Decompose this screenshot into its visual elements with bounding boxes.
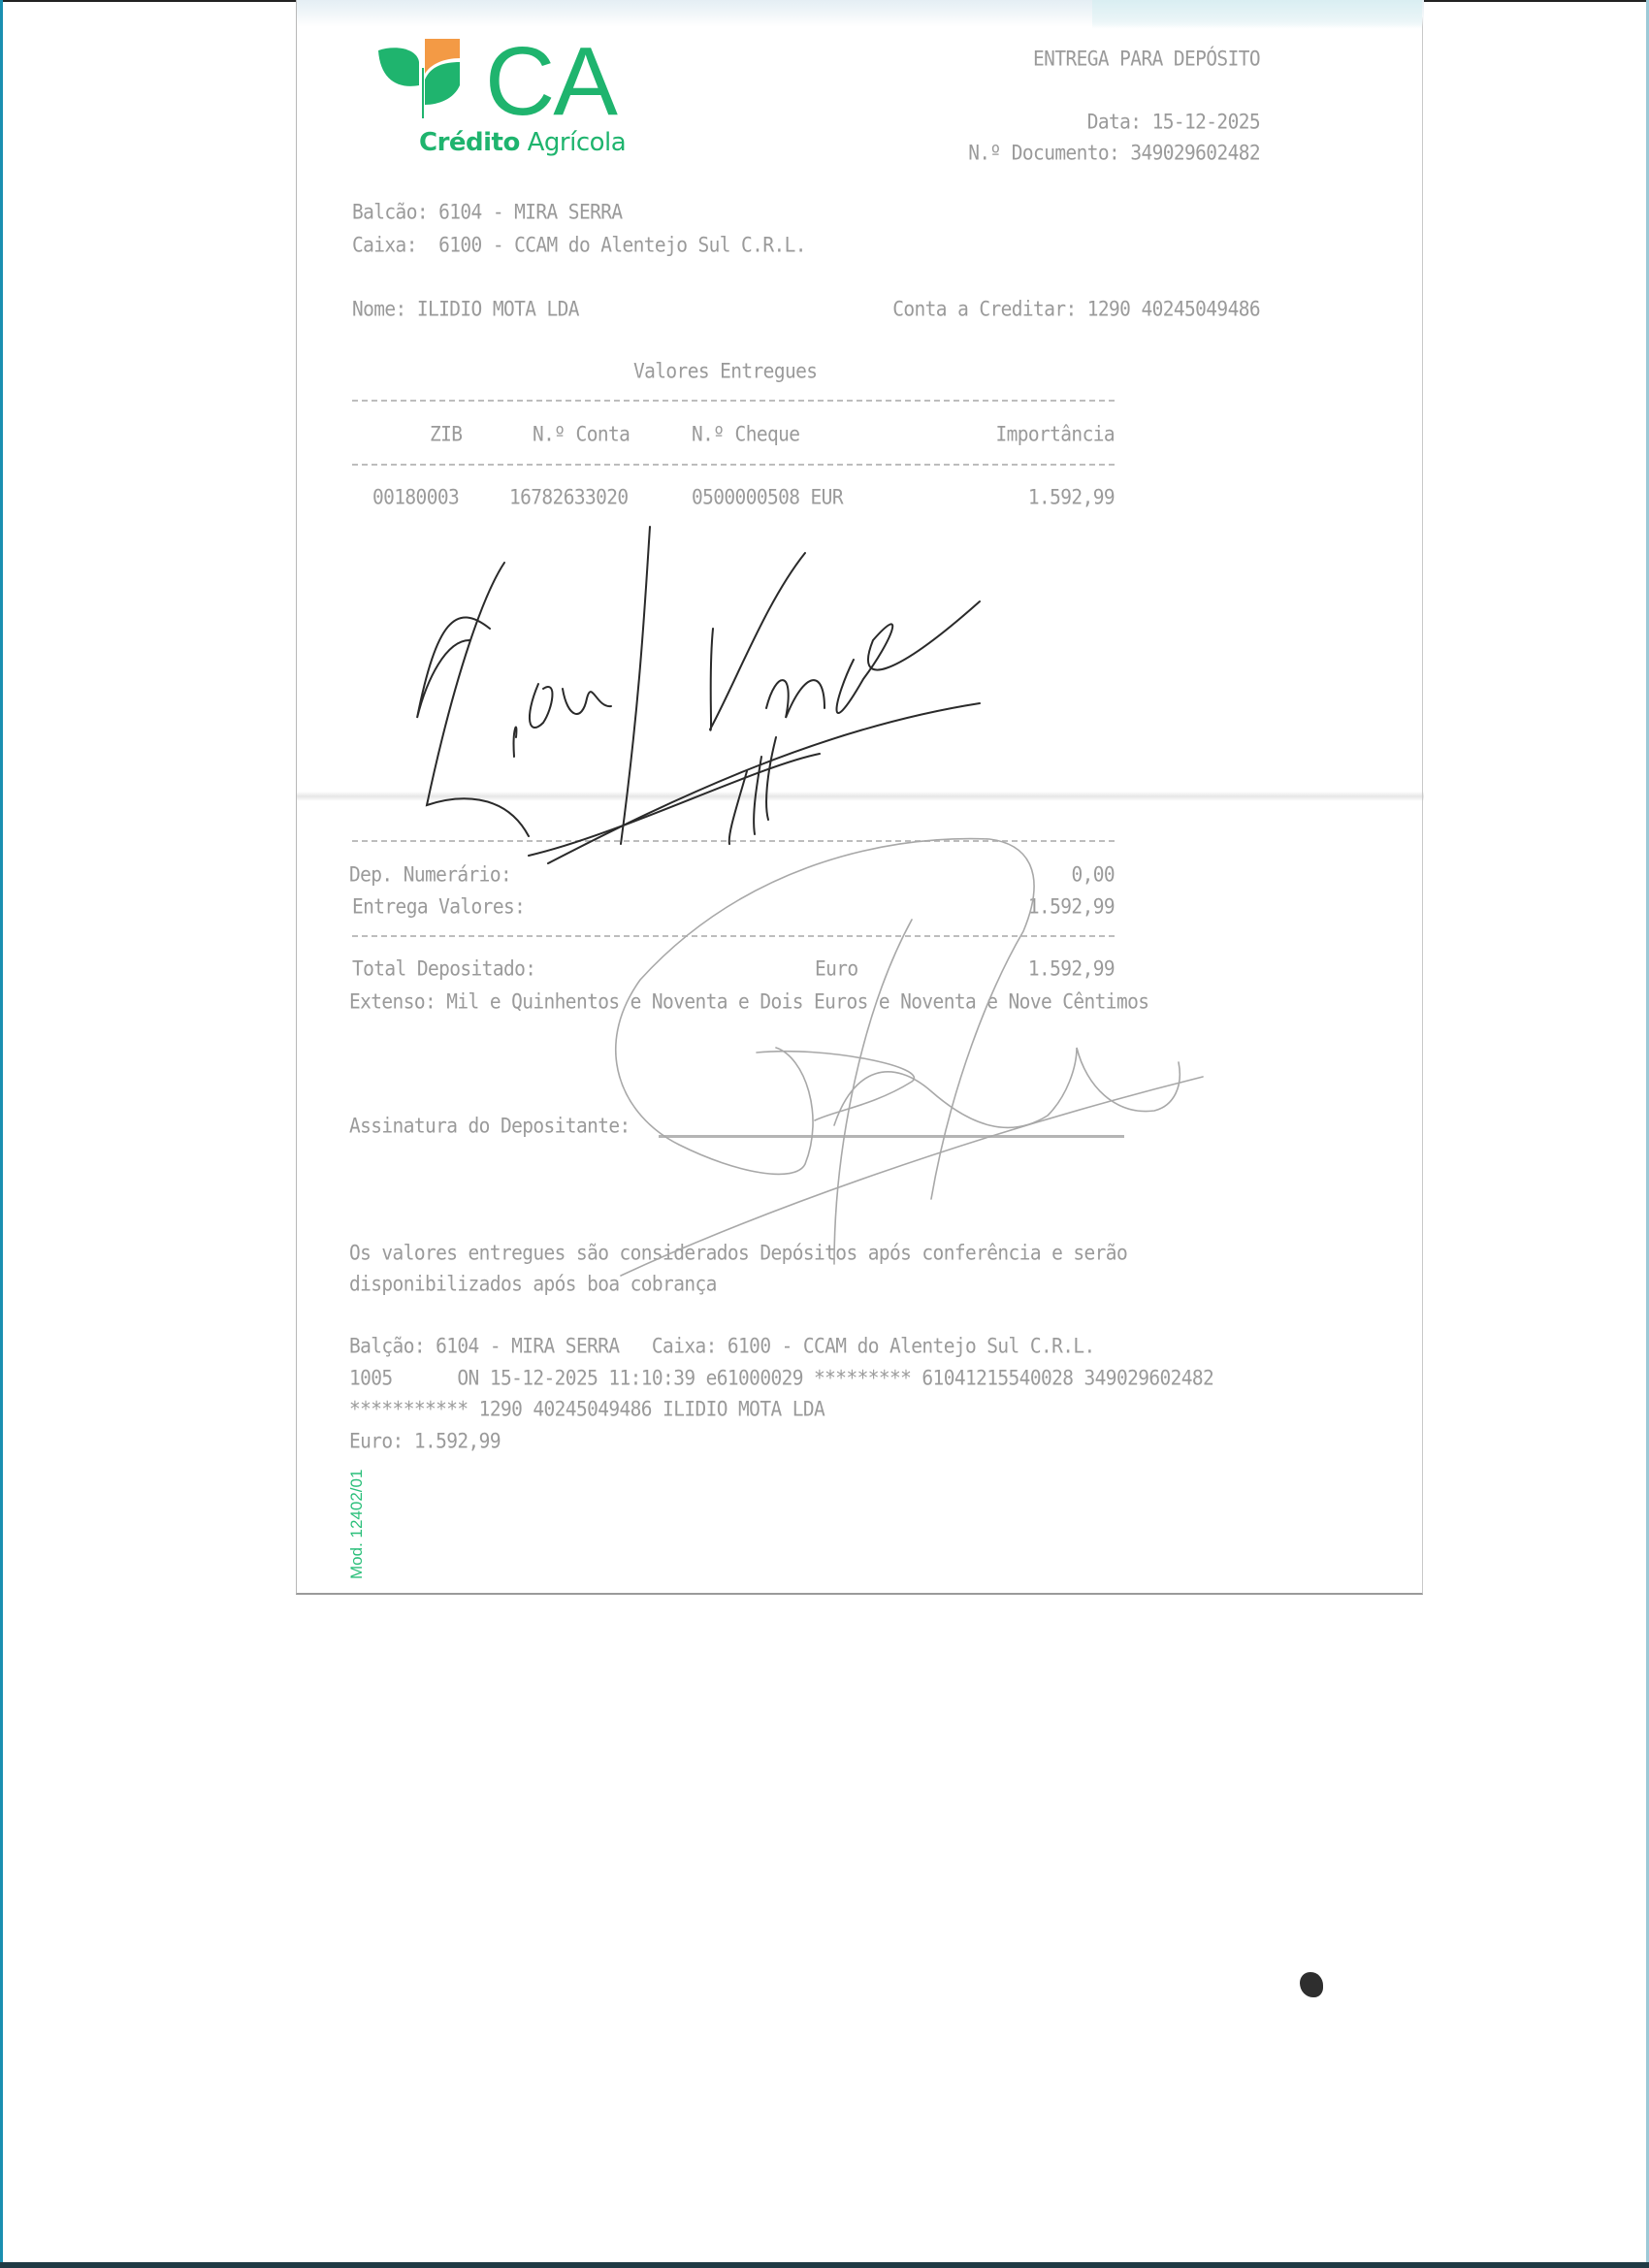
bank-name-bold: Crédito — [419, 128, 520, 157]
total-currency: Euro — [815, 956, 858, 982]
signature-line — [659, 1135, 1124, 1138]
total-value: 1.592,99 — [1028, 956, 1115, 982]
header-zib: ZIB — [430, 422, 462, 447]
client-name: Nome: ILIDIO MOTA LDA — [352, 297, 579, 322]
document-number: N.º Documento: 349029602482 — [968, 141, 1260, 166]
header-amount: Importância — [995, 422, 1115, 447]
footer-amount-line: Euro: 1.592,99 — [349, 1429, 501, 1454]
scan-edge-left — [0, 0, 3, 2268]
footer-branch-line: Balção: 6104 - MIRA SERRA Caixa: 6100 - … — [349, 1334, 1095, 1359]
notice-line-1: Os valores entregues são considerados De… — [349, 1241, 1127, 1266]
leaf-logo-icon — [376, 39, 483, 126]
values-table-title: Valores Entregues — [633, 359, 817, 384]
delivered-values-label: Entrega Valores: — [352, 894, 525, 920]
caixa-line: Caixa: 6100 - CCAM do Alentejo Sul C.R.L… — [352, 233, 806, 258]
ink-speck — [1300, 1972, 1323, 1997]
footer-transaction-line: 1005 ON 15-12-2025 11:10:39 e61000029 **… — [349, 1366, 1213, 1391]
cash-deposit-label: Dep. Numerário: — [349, 862, 511, 888]
row-account: 16782633020 — [509, 485, 629, 510]
row-amount: 1.592,99 — [1028, 485, 1115, 510]
logo-letters: CA — [485, 33, 616, 130]
notice-line-2: disponibilizados após boa cobrança — [349, 1272, 717, 1297]
row-cheque: 0500000508 EUR — [692, 485, 843, 510]
bank-name: Crédito Agrícola — [419, 128, 626, 157]
document-type: ENTREGA PARA DEPÓSITO — [1033, 47, 1260, 72]
bank-logo: CA Crédito Agrícola — [376, 39, 629, 175]
scan-edge-bottom — [0, 2262, 1649, 2268]
cash-deposit-value: 0,00 — [1071, 862, 1115, 888]
date-line: Data: 15-12-2025 — [1087, 110, 1260, 135]
fold-crease — [297, 792, 1424, 801]
branch-line: Balcão: 6104 - MIRA SERRA — [352, 200, 623, 225]
account-to-credit: Conta a Creditar: 1290 40245049486 — [892, 297, 1260, 322]
row-zib: 00180003 — [372, 485, 459, 510]
header-account: N.º Conta — [533, 422, 630, 447]
delivered-values-value: 1.592,99 — [1028, 894, 1115, 920]
dashed-divider — [352, 935, 1115, 937]
dashed-divider — [352, 840, 1115, 842]
paper-top-tint-right — [1092, 0, 1422, 29]
form-code: Mod. 12402/01 — [347, 1470, 367, 1579]
total-label: Total Depositado: — [352, 956, 535, 982]
dashed-divider — [352, 400, 1115, 402]
amount-in-words: Extenso: Mil e Quinhentos e Noventa e Do… — [349, 989, 1148, 1015]
header-cheque: N.º Cheque — [692, 422, 799, 447]
dashed-divider — [352, 464, 1115, 466]
signature-label: Assinatura do Depositante: — [349, 1114, 630, 1139]
footer-account-line: *********** 1290 40245049486 ILIDIO MOTA… — [349, 1397, 824, 1422]
bank-name-rest: Agrícola — [520, 128, 626, 157]
deposit-receipt: CA Crédito Agrícola ENTREGA PARA DEPÓSIT… — [296, 0, 1423, 1595]
